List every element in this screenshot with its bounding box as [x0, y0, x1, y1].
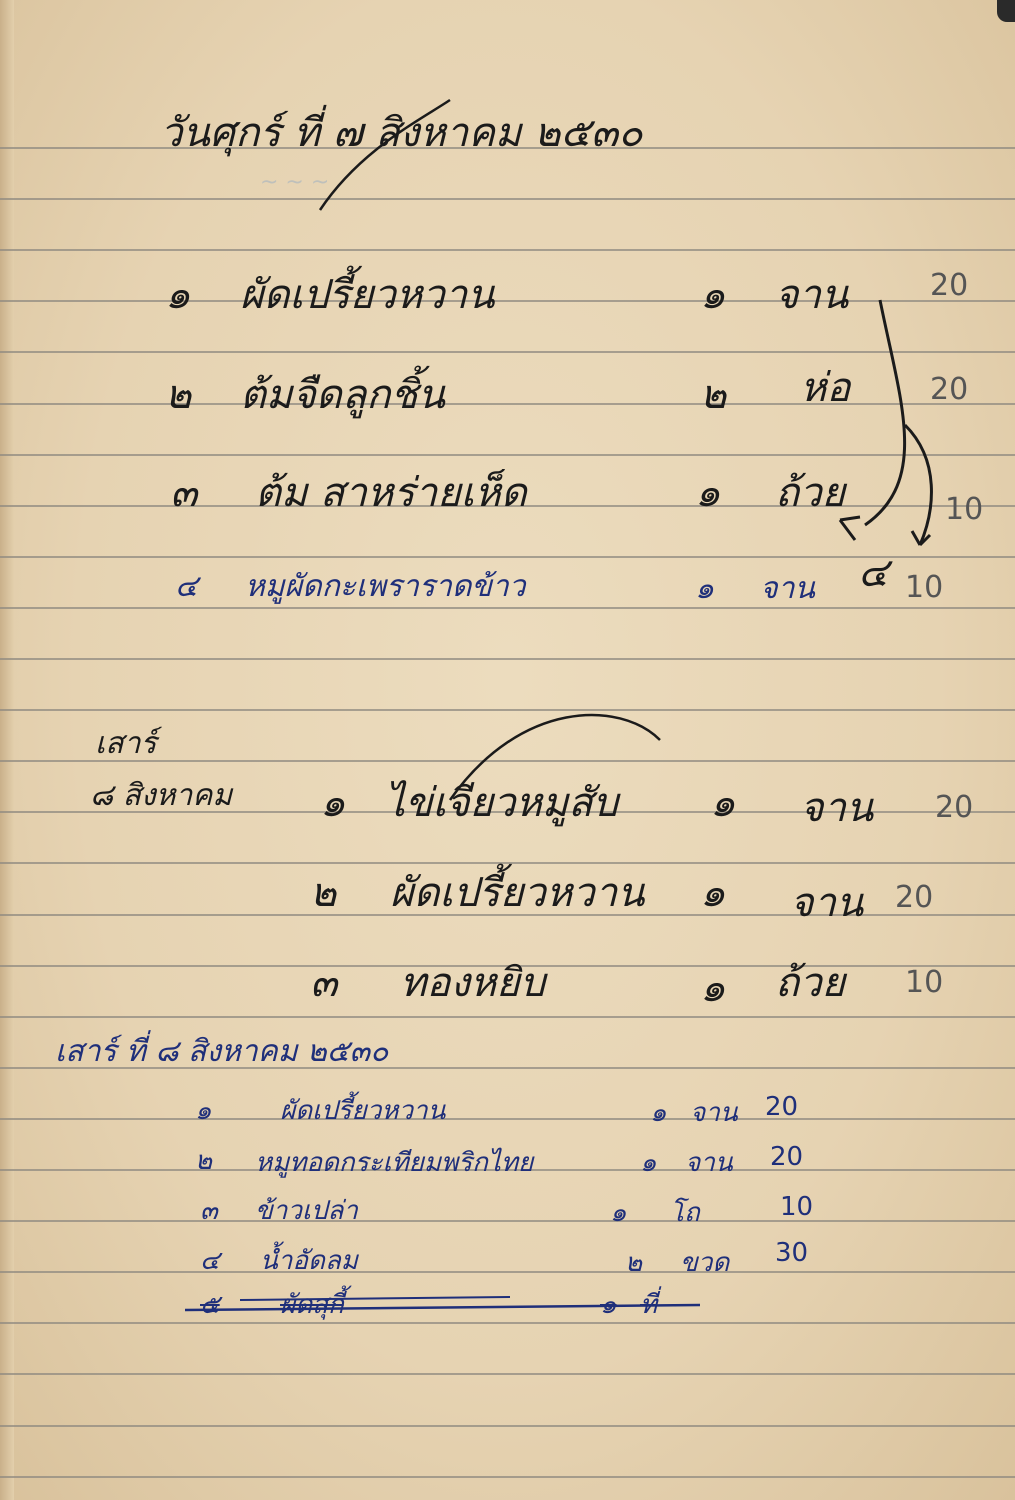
- strike-lines: [0, 0, 1015, 1500]
- notebook-page: ~ ~ ~ วันศุกร์ ที่ ๗ สิงหาคม ๒๕๓๐ ๑ ผัดเ…: [0, 0, 1015, 1500]
